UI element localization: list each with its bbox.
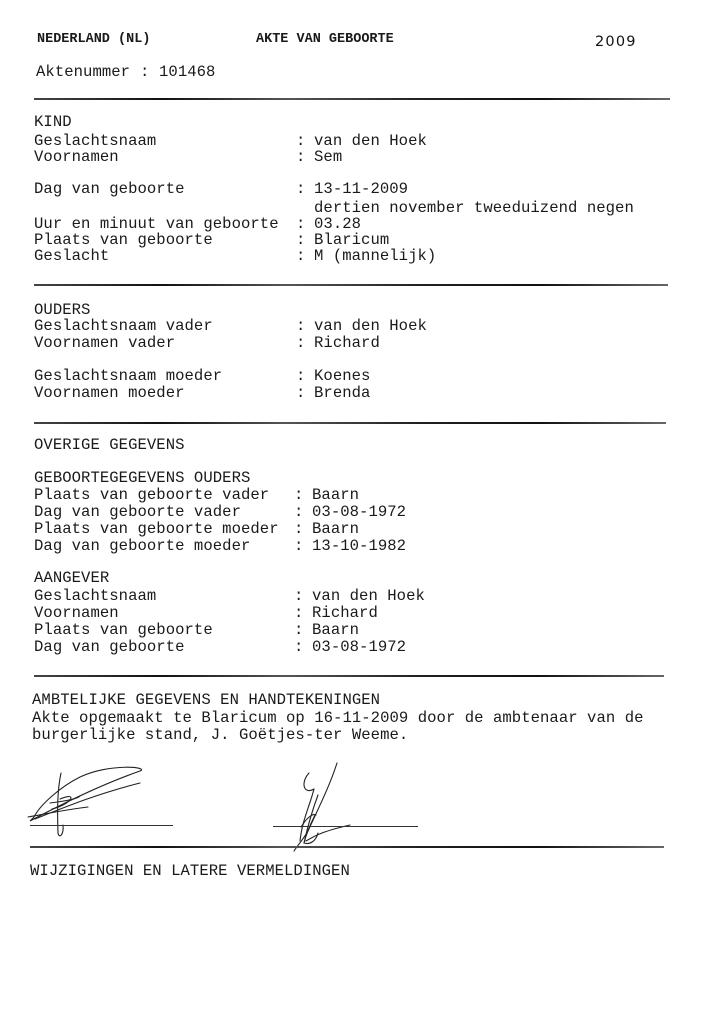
field-label: Voornamen vader [34, 335, 175, 351]
section-heading-wijzigingen: WIJZIGINGEN EN LATERE VERMELDINGEN [30, 863, 350, 879]
field-label: Dag van geboorte [34, 181, 185, 197]
field-label: Plaats van geboorte vader [34, 487, 269, 503]
aktenummer-separator: : [140, 64, 149, 80]
field-value: van den Hoek [314, 133, 427, 149]
field-separator: : [296, 335, 305, 351]
document-year: 2009 [595, 34, 637, 50]
divider [34, 284, 668, 286]
field-separator: : [296, 368, 305, 384]
signature-ambtenaar [260, 755, 430, 855]
field-value: Baarn [312, 622, 359, 638]
field-separator: : [294, 538, 303, 554]
field-label: Plaats van geboorte [34, 622, 213, 638]
field-separator: : [296, 181, 305, 197]
field-separator: : [296, 385, 305, 401]
field-value: van den Hoek [312, 588, 425, 604]
field-label: Dag van geboorte [34, 639, 185, 655]
ambtelijk-line-1: Akte opgemaakt te Blaricum op 16-11-2009… [32, 710, 644, 726]
divider [30, 846, 664, 848]
field-value: Sem [314, 149, 342, 165]
field-label: Geslachtsnaam [34, 133, 156, 149]
subheading-geboortegegevens-ouders: GEBOORTEGEGEVENS OUDERS [34, 470, 250, 486]
field-separator: : [296, 248, 305, 264]
field-separator: : [294, 622, 303, 638]
ambtelijk-line-2: burgerlijke stand, J. Goëtjes-ter Weeme. [32, 727, 408, 743]
field-separator: : [296, 149, 305, 165]
subheading-aangever: AANGEVER [34, 570, 109, 586]
field-label: Plaats van geboorte [34, 232, 213, 248]
field-label: Voornamen [34, 149, 119, 165]
field-value: Richard [312, 605, 378, 621]
field-separator: : [296, 216, 305, 232]
field-value: van den Hoek [314, 318, 427, 334]
field-separator: : [296, 133, 305, 149]
field-value: Baarn [312, 521, 359, 537]
signature-aangever [0, 755, 200, 855]
field-label: Geslachtsnaam [34, 588, 156, 604]
field-separator: : [294, 588, 303, 604]
field-value: Baarn [312, 487, 359, 503]
signature-line-aangever [30, 825, 173, 826]
field-separator: : [296, 318, 305, 334]
field-value: dertien november tweeduizend negen [314, 200, 634, 216]
field-label: Geslachtsnaam moeder [34, 368, 222, 384]
divider [34, 422, 666, 424]
field-separator: : [296, 232, 305, 248]
field-label: Voornamen moeder [34, 385, 185, 401]
aktenummer-value: 101468 [159, 64, 215, 80]
field-value: 13-11-2009 [314, 181, 408, 197]
field-label: Plaats van geboorte moeder [34, 521, 279, 537]
signature-line-ambtenaar [273, 826, 418, 827]
field-value: 03-08-1972 [312, 639, 406, 655]
divider [34, 675, 664, 677]
section-heading-kind: KIND [34, 114, 72, 130]
field-separator: : [294, 487, 303, 503]
field-value: 13-10-1982 [312, 538, 406, 554]
divider [34, 98, 670, 100]
field-label: Dag van geboorte vader [34, 504, 241, 520]
aktenummer-label: Aktenummer [36, 64, 130, 80]
field-value: Brenda [314, 385, 370, 401]
country-label: NEDERLAND (NL) [37, 32, 150, 48]
document-title: AKTE VAN GEBOORTE [256, 32, 394, 48]
field-separator: : [294, 521, 303, 537]
field-value: 03.28 [314, 216, 361, 232]
field-label: Dag van geboorte moeder [34, 538, 250, 554]
field-value: 03-08-1972 [312, 504, 406, 520]
field-value: Blaricum [314, 232, 389, 248]
field-label: Geslacht [34, 248, 109, 264]
field-separator: : [294, 605, 303, 621]
section-heading-ouders: OUDERS [34, 302, 90, 318]
section-heading-ambtelijk: AMBTELIJKE GEGEVENS EN HANDTEKENINGEN [32, 692, 380, 708]
field-label: Voornamen [34, 605, 119, 621]
section-heading-overige: OVERIGE GEGEVENS [34, 437, 185, 453]
field-value: Koenes [314, 368, 370, 384]
field-value: Richard [314, 335, 380, 351]
field-value: M (mannelijk) [314, 248, 436, 264]
field-separator: : [294, 504, 303, 520]
field-separator: : [294, 639, 303, 655]
field-label: Geslachtsnaam vader [34, 318, 213, 334]
field-label: Uur en minuut van geboorte [34, 216, 279, 232]
